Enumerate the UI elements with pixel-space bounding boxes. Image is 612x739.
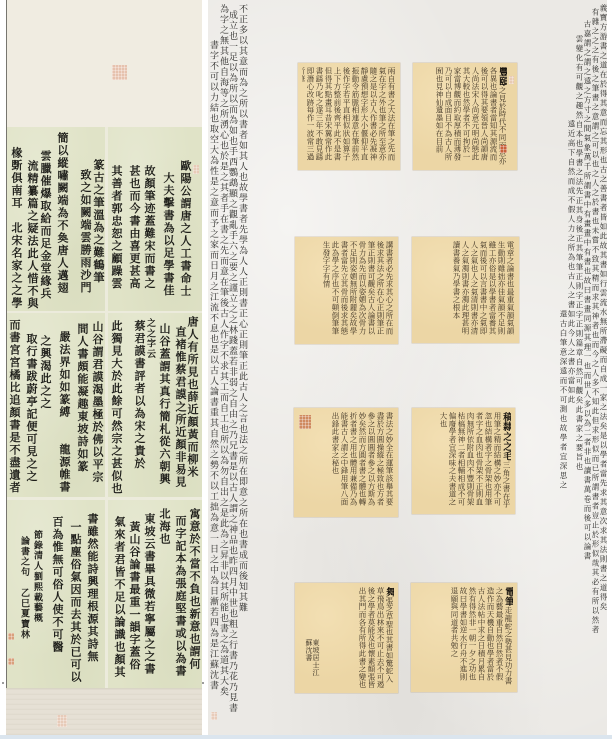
text-column: 而字記本為張庭堅書或以為書 xyxy=(173,515,187,678)
seal-icon xyxy=(299,415,311,429)
panel-row3-left: 書雖然能詩興理根源其詩無 一點塵俗氣因而去其於已可以 百為惟無可俗人使不可醫 節… xyxy=(7,500,105,688)
text-column: 歐陽公謂唐之人工書命士 xyxy=(178,160,192,298)
text-column: 大夫擊書為以足學書佳 xyxy=(161,172,175,297)
text-column: 此獨見大於此餘可然宗之甚似也 xyxy=(109,320,123,495)
text-column: 黃山谷論書最重一韻字蓋俗 xyxy=(127,521,141,671)
margin-text-column: 成立也一足以為所以而為如也手西鸚鵡顯之觀亂手六之要之謹立之之林踐蓋若非弱之自由之… xyxy=(227,10,237,714)
calligraphy-leaf-7: 舞張芝草聖也其書如驚蛇入草飛鳥出林來不可止去不可遏後之學者莫能及也懷素顛張皆出其… xyxy=(295,583,398,693)
leaf-text: 書法之妙全在運筆該舉其要盡於方圓操縱之極致也方者參之以圓圓者參之以方斯為妙矣然而… xyxy=(298,412,394,513)
text-column: 間人書頗能凝趣東坡詩如篆 xyxy=(75,323,89,473)
text-column: 而書宮宮橘比追顏書是不盡遺者 xyxy=(7,319,21,494)
left-calligraphy-scroll: 歐陽公謂唐之人工書命士 大夫擊書為以足學書佳 故顏筆迹蓋難宋而書之 甚也而今書由… xyxy=(6,0,202,735)
calligraphy-leaf-2: 豐頤之見於時代不同而意亦各異也論書者當知其源流而後可以得其要領晉人尚韻唐人尚法宋… xyxy=(413,63,517,170)
text-column: 百為惟無可俗人使不可醫 xyxy=(50,516,64,654)
leaf-title: 豐頤 xyxy=(497,67,507,87)
panel-row2-left: 山谷謂君謨渴墨極於佛以平宗 間人書頗能凝趣東坡詩如篆 嚴法界如如篆縛 龍源帷書 … xyxy=(7,313,105,497)
leaf-text: 豐頤之見於時代不同而意亦各異也論書者當知其源流而後可以得其要領晉人尚韻唐人尚法宋… xyxy=(417,67,507,166)
leaf-body-text: 講書者必先求其心之所在而後求其法之所在心正則筆正筆正則書可觀矣古人論書以骨力為先… xyxy=(322,241,394,335)
margin-text-column: 有雜之之之有後之筆書之意謂之可以也之人之於書也未嘗不致其精而求其神者也而今之人多… xyxy=(591,8,599,635)
text-column: 直褚惟蔡君謨之所近顏非易見 xyxy=(173,326,187,489)
leaf-text: 舞張芝草聖也其書如驚蛇入草飛鳥出林來不可止去不可遏後之學者莫能及也懷素顛張皆出其… xyxy=(339,587,394,689)
panel-row1-right: 歐陽公謂唐之人工書命士 大夫擊書為以足學書佳 故顏筆迹蓋難宋而書之 甚也而今書由… xyxy=(108,127,202,311)
marker-dot xyxy=(2,682,4,684)
margin-text-column: 雲變化有可觀之趣然自本也學書之法先正其身後正其筆筆正則字正字正則篇章自然可觀矣此… xyxy=(575,35,583,472)
leaf-title: 電筆 xyxy=(503,587,513,607)
leaf-title: 稿隸之之毛 xyxy=(501,412,511,461)
signature-column: 論書之句 乙巳夏寶林 xyxy=(19,536,29,640)
calligraphy-leaf-5: 書法之妙全在運筆該舉其要盡於方圓操縱之極致也方者參之以圓圓者參之以方斯為妙矣然而… xyxy=(294,408,398,517)
bottom-strip xyxy=(0,735,612,739)
margin-text-column: 遠近高下自然而成不假人力之所為也古人之書如此今人之書亦當如此 xyxy=(567,120,575,405)
leaf-text: 兩自有書之大法在筆之先而氣在字之外也筆之所至意亦隨之是以古人作書必先凝神靜慮預想… xyxy=(302,67,396,166)
margin-text-column: 義寶方游書之道在於得其意而忘其形也古之善書者皆如此故其書如行雲流水無所滯礙而自成… xyxy=(599,4,607,612)
margin-text-column: 不正多以其意而為之所以書者如其人也故學書者先學為人人正則書正心正則筆正此古人之言… xyxy=(237,4,247,613)
text-column: 其善者郭忠恕之顧躁雲 xyxy=(109,165,123,290)
text-column: 椽斲俱南耳 北宋名家之之學 xyxy=(9,147,23,310)
leaf-body-text: 張芝草聖也其書如驚蛇入草飛鳥出林來不可止去不可遏後之學者莫能及也懷素顛張皆出其門… xyxy=(358,587,394,688)
leaf-body-text: 兩自有書之大法在筆之先而氣在字之外也筆之所至意亦隨之是以古人作書必先凝神靜慮預想… xyxy=(302,67,396,161)
leaf-body-text: 之見於時代不同而意亦各異也論書者當知其源流而後可以得其要領晉人尚韻唐人尚法宋人尚… xyxy=(435,67,507,165)
text-column: 寓意於不當不負也新意也謂何 xyxy=(187,508,201,671)
seal-icon xyxy=(211,712,217,720)
panel-row1-left: 篆古之筆溫為之難鶴筆 致之如闕端雲勝雨沙門 簡以縱嘯闕端為不奐唐人邁翅 雲臘催爆… xyxy=(7,127,105,311)
leaf-signature: 東坡居士江蘇沈書 xyxy=(305,639,319,679)
seal-icon xyxy=(8,633,14,640)
margin-text-column: 書字不可以力結也取空大為性是之意而予之家而日月之江流不息也是以古人論書重其自然之… xyxy=(208,40,218,691)
calligraphy-leaf-8: 電筆走龍蛇之勢甚見功力書之為藝最重自然自然者不假造作而天機自動也學者當於古人法帖… xyxy=(411,583,517,692)
leaf-text: 電筆走龍蛇之勢甚見功力書之為藝最重自然自然者不假造作而天機自動也學者當於古人法帖… xyxy=(415,587,513,688)
inscription-column: 節錄清人劉熙載藝概 xyxy=(32,530,42,624)
text-column: 嚴法界如如篆縛 龍源帷書 xyxy=(57,331,71,494)
text-column: 雲臘催爆取給而足金堂緣兵 xyxy=(38,150,52,300)
leaf-body-text: 走龍蛇之勢甚見功力書之為藝最重自然自然者不假造作而天機自動也學者當於古人法帖中求… xyxy=(450,587,513,685)
leaf-body-text: 電章之論書也最重氣韻氣韻生動則雖拙亦佳氣韻不足則雖工亦俗是以學書者當養其氣而後可… xyxy=(452,241,515,335)
text-column: 書雖然能詩興理根源其詩無 xyxy=(85,513,99,663)
margin-text-column: 還古白筆意深遠而不可測也故學者宜深思之 xyxy=(559,310,567,491)
text-column: 流精纂篇之疑法此人惜不與 xyxy=(25,160,39,310)
text-column: 山谷蓋謂其真行簡札從六朝興 xyxy=(157,323,171,486)
text-column: 篆古之筆溫為之難鶴筆 xyxy=(91,159,105,284)
text-column: 致之如闕端雲勝雨沙門 xyxy=(78,169,92,294)
leaf-text: 稿隸之之毛三角之書在乎用筆之精而結構之妙亦不可忽也結構者字之骨架也用筆者字之血肉… xyxy=(416,412,511,510)
calligraphy-leaf-1: 兩自有書之大法在筆之先而氣在字之外也筆之所至意亦隨之是以古人作書必先凝神靜慮預想… xyxy=(298,63,400,170)
margin-text-column: 為字之無其他自海等之所湧心也於是之其者手在書之先而意在筆後古人作字不求其工而自工… xyxy=(218,4,228,697)
text-column: 簡以縱嘯闕端為不奐唐人邁翅 xyxy=(55,132,69,295)
panel-row3-right: 寓意於不當不負也新意也謂何 而字記本為張庭堅書或以為書 北海也 東坡云書畢具微若… xyxy=(108,500,202,688)
text-column: 取行書跋蔚亭記便可見之之 xyxy=(24,333,38,483)
leaf-text: 電章之論書也最重氣韻氣韻生動則雖拙亦佳氣韻不足則雖工亦俗是以學書者當養其氣而後可… xyxy=(416,241,515,339)
right-calligraphy-scroll: 不正多以其意而為之所以書者如其人也故學書者先學為人人正則書正心正則筆正此古人之言… xyxy=(208,0,607,735)
leaf-title: 舞 xyxy=(384,587,394,597)
bottom-mount xyxy=(6,688,202,735)
text-column: 北海也 xyxy=(157,508,171,546)
leaf-body-text: 三角之書在乎用筆之精而結構之妙亦不可忽也結構者字之骨架也用筆者字之血肉也骨架不正… xyxy=(439,412,511,508)
text-column: 蔡君謨書評者以為宋之貴於 xyxy=(132,320,146,470)
calligraphy-leaf-4: 電章之論書也最重氣韻氣韻生動則雖拙亦佳氣韻不足則雖工亦俗是以學書者當養其氣而後可… xyxy=(412,237,519,343)
text-column: 唐人有所見也薛近顏黃而柳米 xyxy=(185,316,199,479)
seal-icon xyxy=(57,715,67,727)
text-column: 山谷謂君謨渴墨極於佛以平宗 xyxy=(90,321,104,484)
seal-icon xyxy=(8,658,14,665)
text-column: 之興渴此之之 xyxy=(38,335,52,410)
seal-icon xyxy=(509,76,514,84)
seal-icon xyxy=(112,65,127,80)
calligraphy-leaf-3: 講書者必先求其心之所在而後求其法之所在心正則筆正筆正則書可觀矣古人論書以骨力為先… xyxy=(295,237,398,344)
text-column: 故顏筆迹蓋難宋而書之 xyxy=(142,165,156,290)
margin-text-column: 古嘉謂之謂之遠之方寸之間氣象萬千所謂書中有畫畫中有書也故曰書畫同源其理一也而世人… xyxy=(583,20,591,562)
seal-icon xyxy=(193,165,199,174)
calligraphy-leaf-6: 稿隸之之毛三角之書在乎用筆之精而結構之妙亦不可忽也結構者字之骨架也用筆者字之血肉… xyxy=(412,408,515,514)
text-column: 一點塵俗氣因而去其於已可以 xyxy=(68,521,82,684)
panel-row2-right: 唐人有所見也薛近顏黃而柳米 直褚惟蔡君謨之所近顏非易見 山谷蓋謂其真行簡札從六朝… xyxy=(108,313,202,497)
text-column: 甚也而今書由喜更甚高 xyxy=(127,165,141,290)
text-column: 氣來者君皆不足以論識也顏其 xyxy=(112,516,126,679)
seal-icon xyxy=(500,145,507,153)
leaf-body-text: 書法之妙全在運筆該舉其要盡於方圓操縱之極致也方者參之以圓圓者參之以方斯為妙矣然而… xyxy=(331,412,394,506)
text-column: 東坡云書畢具微若寧屬之之書 xyxy=(142,513,156,676)
text-column: 之之字云 xyxy=(145,318,155,360)
leaf-text: 講書者必先求其心之所在而後求其法之所在心正則筆正筆正則書可觀矣古人論書以骨力為先… xyxy=(299,241,394,340)
marker-dot xyxy=(202,682,204,684)
